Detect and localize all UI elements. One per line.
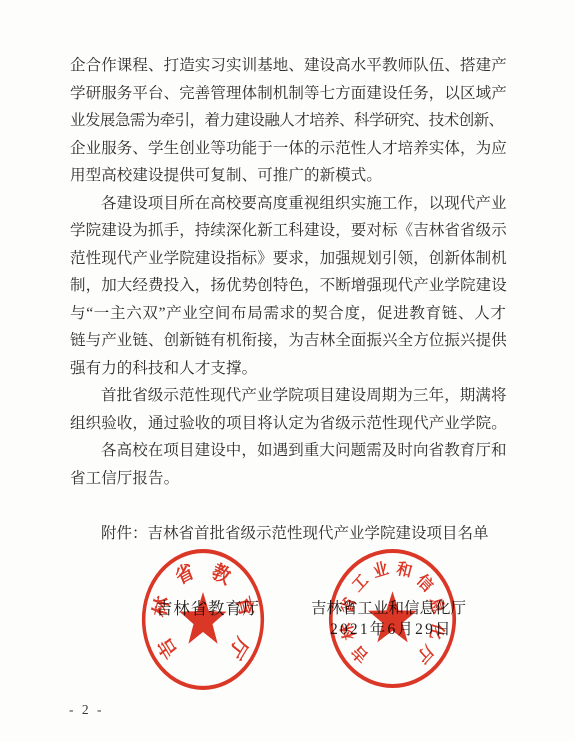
seal-arc-char: 业 <box>371 559 390 581</box>
industry-dept-seal: 吉林省工业和信息化厅 <box>328 548 457 689</box>
body-line: 各建设项目所在高校要高度重视组织实施工作，以现代产业 <box>70 190 506 218</box>
body-line: 强有力的科技和人才支撑。 <box>70 355 506 383</box>
body-line: 与“一主六双”产业空间布局需求的契合度，促进教育链、人才 <box>70 300 506 328</box>
seal-arc-char: 教 <box>209 559 235 590</box>
seal-arc-char: 工 <box>349 571 371 595</box>
body-line: 组织验收，通过验收的项目将认定为省级示范性现代产业学院。 <box>70 410 506 438</box>
body-line: 学院建设为抓手，持续深化新工科建设，要对标《吉林省省级示 <box>70 217 506 245</box>
signature-date: 2021年6月29日 <box>330 621 453 639</box>
seal-arc-char: 吉 <box>154 633 182 664</box>
signature-industry-dept: 吉林省工业和信息化厅 <box>311 601 466 617</box>
body-line: 用型高校建设提供可复制、可推广的新模式。 <box>70 162 506 190</box>
page-number: - 2 - <box>69 702 104 718</box>
seal-arc-char: 信 <box>413 570 437 596</box>
education-dept-seal: 吉林省教育厅 <box>141 548 265 691</box>
body-line: 范性现代产业学院建设指标》要求，加强规划引领，创新体制机 <box>70 245 506 273</box>
body-text: 企合作课程、打造实习实训基地、建设高水平教师队伍、搭建产学研服务平台、完善管理体… <box>70 52 506 492</box>
body-line: 制，加大经费投入，扬优势创特色，不断增强现代产业学院建设 <box>70 272 506 300</box>
seal-arc-char: 厅 <box>413 641 437 667</box>
body-line: 业发展急需为牵引，着力建设融人才培养、科学研究、技术创新、 <box>70 107 506 135</box>
seal-arc-char: 吉 <box>349 641 372 666</box>
body-line: 学研服务平台、完善管理体制机制等七方面建设任务，以区域产 <box>70 80 506 108</box>
body-line: 省工信厅报告。 <box>70 465 506 493</box>
body-line: 首批省级示范性现代产业学院项目建设周期为三年，期满将 <box>70 382 506 410</box>
document-page: 企合作课程、打造实习实训基地、建设高水平教师队伍、搭建产学研服务平台、完善管理体… <box>0 0 575 741</box>
seal-arc-char: 厅 <box>225 632 252 663</box>
seal-arc-char: 省 <box>172 559 197 590</box>
body-line: 企合作课程、打造实习实训基地、建设高水平教师队伍、搭建产 <box>70 52 506 80</box>
body-line: 链与产业链、创新链有机衔接，为吉林全面振兴全方位振兴提供 <box>70 327 506 355</box>
body-line: 各高校在项目建设中，如遇到重大问题需及时向省教育厅和 <box>70 437 506 465</box>
seal-border <box>144 551 263 688</box>
body-line: 企业服务、学生创业等功能于一体的示范性人才培养实体，为应 <box>70 135 506 163</box>
seal-arc-char: 和 <box>395 558 414 581</box>
attachment-line: 附件：吉林省首批省级示范性现代产业学院建设项目名单 <box>101 520 489 548</box>
seal-border <box>331 551 454 686</box>
signature-education-dept: 吉林省教育厅 <box>156 600 260 617</box>
